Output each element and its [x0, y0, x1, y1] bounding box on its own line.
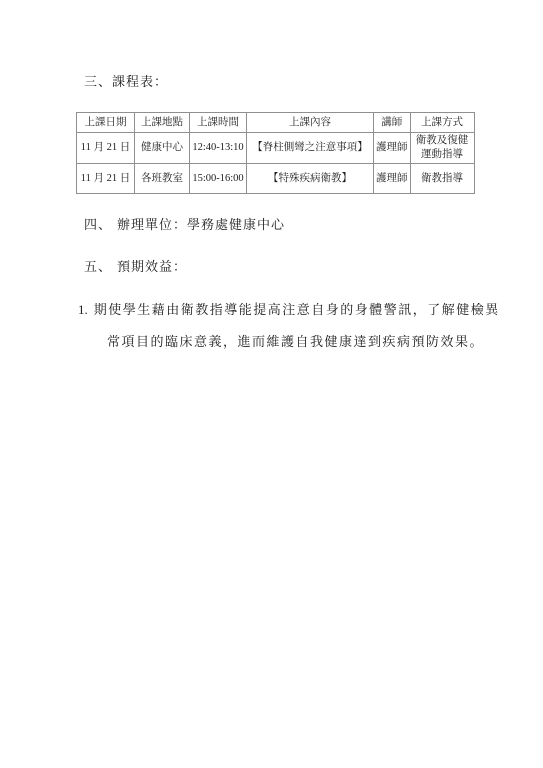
header-cell-place: 上課地點 — [135, 113, 190, 133]
cell-content: 【特殊疾病衛教】 — [247, 164, 374, 194]
section-benefits-number: 五、 — [84, 259, 112, 274]
document-page: 三、課程表： 上課日期 上課地點 上課時間 上課內容 講師 上課方式 11 月 … — [0, 0, 543, 768]
cell-place: 各班教室 — [135, 164, 190, 194]
cell-method: 衛教及復健運動指導 — [410, 133, 474, 164]
cell-method: 衛教指導 — [410, 164, 474, 194]
table-header-row: 上課日期 上課地點 上課時間 上課內容 講師 上課方式 — [77, 113, 475, 133]
header-cell-date: 上課日期 — [77, 113, 135, 133]
cell-place: 健康中心 — [135, 133, 190, 164]
section-benefits-text: 預期效益： — [117, 259, 187, 274]
heading-course-schedule: 三、課程表： — [84, 73, 168, 91]
table-row: 11 月 21 日 健康中心 12:40-13:10 【脊柱側彎之注意事項】 護… — [77, 133, 475, 164]
heading-course-schedule-text: 課程表： — [112, 74, 168, 89]
heading-course-schedule-number: 三、 — [84, 74, 112, 89]
section-benefits-heading: 五、預期效益： — [84, 258, 187, 276]
cell-time: 12:40-13:10 — [190, 133, 247, 164]
header-cell-method: 上課方式 — [410, 113, 474, 133]
section-organizer-number: 四、 — [84, 217, 112, 232]
section-organizer: 四、辦理單位：學務處健康中心 — [84, 216, 285, 234]
benefit-item-number: 1. — [78, 302, 88, 317]
cell-teacher: 護理師 — [374, 164, 411, 194]
cell-date: 11 月 21 日 — [77, 133, 135, 164]
table-row: 11 月 21 日 各班教室 15:00-16:00 【特殊疾病衛教】 護理師 … — [77, 164, 475, 194]
section-organizer-text: 辦理單位：學務處健康中心 — [117, 217, 285, 232]
benefit-item-text-line1: 期使學生藉由衛教指導能提高注意自身的身體警訊，了解健檢異 — [94, 302, 500, 317]
benefit-item-line2: 常項目的臨床意義，進而維護自我健康達到疾病預防效果。 — [107, 333, 478, 351]
header-cell-teacher: 講師 — [374, 113, 411, 133]
header-cell-time: 上課時間 — [190, 113, 247, 133]
cell-time: 15:00-16:00 — [190, 164, 247, 194]
cell-teacher: 護理師 — [374, 133, 411, 164]
benefit-item-line1: 1.期使學生藉由衛教指導能提高注意自身的身體警訊，了解健檢異 — [78, 301, 478, 319]
cell-content: 【脊柱側彎之注意事項】 — [247, 133, 374, 164]
cell-date: 11 月 21 日 — [77, 164, 135, 194]
benefit-list-item: 1.期使學生藉由衛教指導能提高注意自身的身體警訊，了解健檢異 常項目的臨床意義，… — [78, 301, 478, 351]
course-schedule-table: 上課日期 上課地點 上課時間 上課內容 講師 上課方式 11 月 21 日 健康… — [76, 112, 475, 194]
header-cell-content: 上課內容 — [247, 113, 374, 133]
